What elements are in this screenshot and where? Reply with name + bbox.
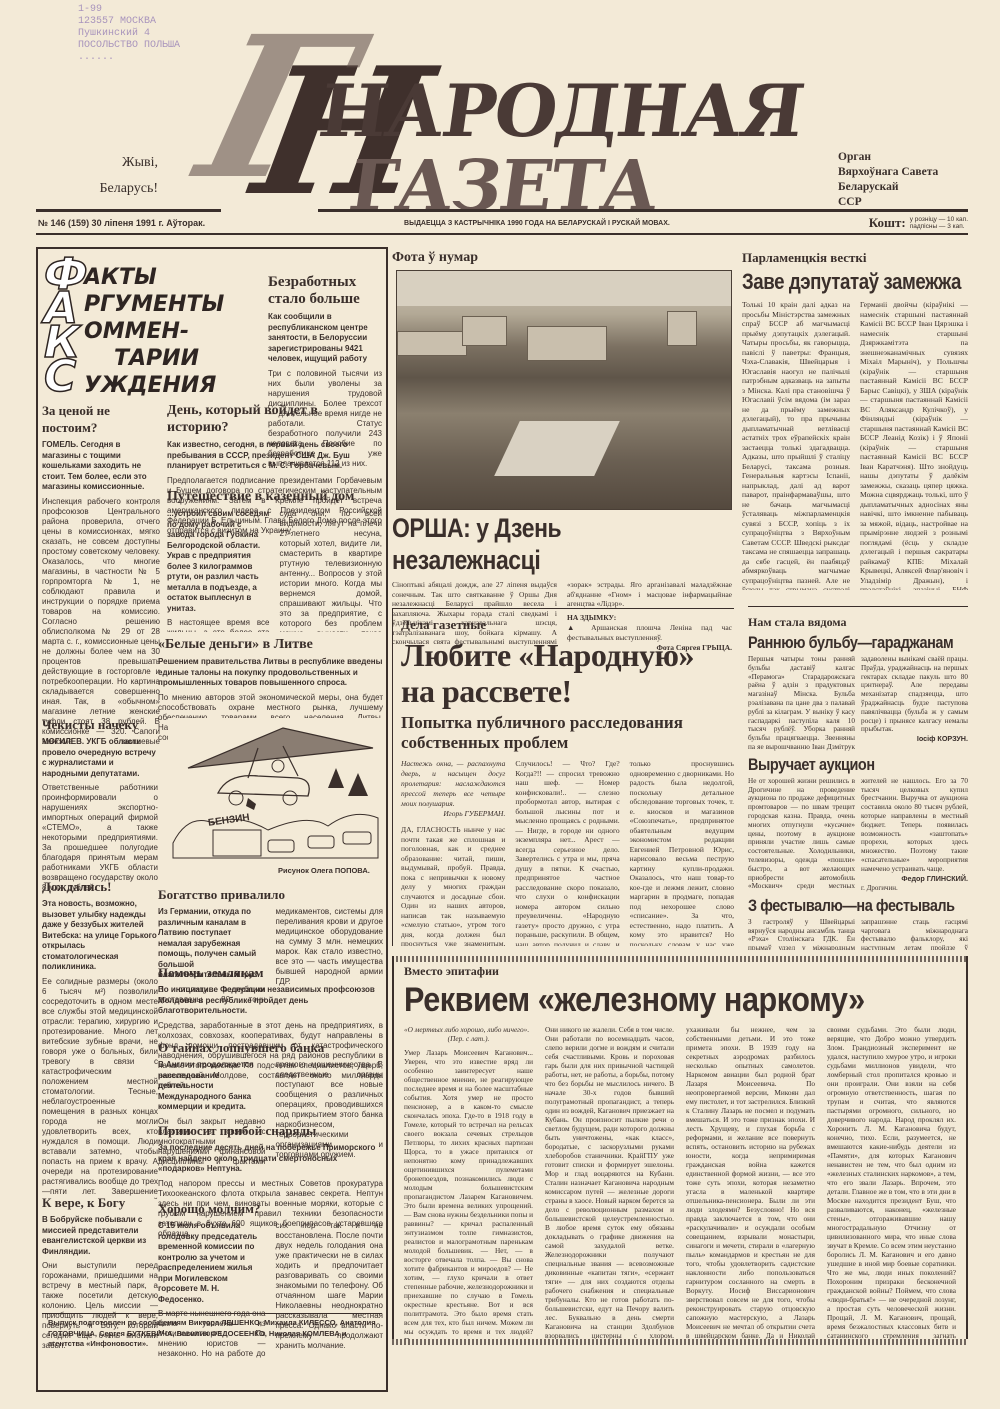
stamp-line: ...... [78, 52, 180, 64]
logo-word: РГУМЕНТЫ [84, 291, 224, 318]
logo-word: ОММЕН- [84, 318, 224, 345]
logo-word: УЖДЕНИЯ [84, 372, 224, 399]
parliament-article: Парламенцкія весткі Заве дэпутатаў замеж… [742, 250, 968, 590]
logo-word: ТАРИИ [84, 345, 224, 372]
article-title: «Белые деньги» в Литве [158, 636, 383, 653]
known-rubric: Нам стала вядома [748, 615, 968, 630]
article-prices: За ценой не постоим? ГОМЕЛЬ. Сегодня в м… [42, 398, 160, 748]
logo-title-line1: НАРОДНАЯ [315, 75, 807, 147]
article-title: За ценой не постоим? [42, 402, 160, 436]
known-article-title: З фестывалю—на фестываль [748, 896, 935, 916]
newspaper-affairs-article: Дела газетные Любите «Народную» на рассв… [392, 608, 734, 946]
published-since: ВЫДАЕЦЦА З КАСТРЫЧНІКА 1990 ГОДА НА БЕЛА… [404, 220, 670, 227]
article-lead: В Англии продолжается расследование деят… [158, 1060, 266, 1113]
masthead-rule-top-left [36, 209, 221, 212]
parliament-body: Толькі 10 краін далі адказ на просьбы Мі… [742, 300, 968, 590]
affairs-rubric: Дела газетные [401, 617, 734, 633]
affairs-headline-line2: на рассвете! [401, 673, 734, 709]
parliament-rubric: Парламенцкія весткі [742, 250, 968, 266]
article-lead: За последние десять дней на побережье Пр… [158, 1143, 383, 1175]
logo-initial: С [44, 360, 88, 394]
faks-logo: Ф А К С АКТЫ РГУМЕНТЫ ОММЕН- ТАРИИ УЖДЕН… [44, 258, 254, 398]
requiem-border-bottom [392, 1339, 968, 1345]
stamp-line: 123557 МОСКВА [78, 16, 180, 28]
article-title: Приносит прибой снаряды [158, 1122, 383, 1139]
article-title: К вере, к Богу [42, 1194, 158, 1211]
known-article-place: г. Дрогичин. [861, 883, 968, 893]
article-kgb: Чекисты начеку МОГИЛЕВ. УКГБ области про… [42, 712, 158, 893]
article-title: Путешествие в казенный дом [167, 488, 382, 505]
article-lead: ГОМЕЛЬ. Сегодня в магазины с тощими коше… [42, 440, 160, 493]
library-stamp: 1-99 123557 МОСКВА Пушкинский 4 ПОСОЛЬСТ… [78, 4, 180, 64]
price-retail: у розніцу — 10 кап. [910, 216, 968, 223]
article-title: Богатство привалило [158, 886, 383, 903]
article-lead: МОГИЛЕВ. УКГБ области провело очередную … [42, 737, 158, 779]
article-lead: С 15 июля объявила голодовку председател… [158, 1221, 266, 1305]
known-article-body: З гастроляў у Швейцарыі вярнуўся народны… [748, 918, 968, 950]
known-article-title: Раннюю бульбу—гараджанам [748, 633, 935, 653]
known-article-author: Федор ГЛИНСКИЙ. [861, 874, 968, 883]
cartoon-caption: Рисунок Олега ПОПОВА. [278, 866, 370, 875]
stamp-line: 1-99 [78, 4, 180, 16]
organ-line: Вярхоўнага Савета [838, 165, 938, 180]
slogan: Жыві, Беларусь! [88, 150, 158, 202]
article-lead: По инициативе Федерации независимых проф… [158, 985, 383, 1017]
requiem-headline: Реквием «железному наркому» [404, 979, 901, 1021]
affairs-headline-line1: Любите «Народную» [401, 637, 734, 673]
orsha-crowd-photo [396, 270, 732, 510]
article-dentistry: Дождались! Эта новость, возможно, вызове… [42, 874, 158, 1199]
article-title: Чекисты начеку [42, 716, 158, 733]
hang-glider-car-icon [168, 718, 383, 868]
affairs-subheadline: Попытка публичного расследования собстве… [401, 713, 734, 753]
requiem-epigraph: «О мертвых либо хорошо, либо ничего». [404, 1025, 533, 1034]
article-title: Дождались! [42, 878, 158, 895]
article-title: Хорошо молчим? [158, 1200, 383, 1217]
slogan-line-2: Беларусь! [88, 176, 158, 202]
article-lead: Решением правительства Литвы в республик… [158, 657, 383, 689]
logo-word: АКТЫ [84, 264, 224, 291]
affairs-epigraph: Настежь окна, — распахнута дверь, и насы… [401, 759, 505, 809]
known-section: Нам стала вядома Раннюю бульбу—гараджана… [748, 615, 968, 950]
masthead-rule-top-right [318, 209, 968, 212]
photo-section: Фота ў нумар [392, 250, 732, 266]
article-lead: Как известно, сегодня, в первый день сво… [167, 440, 382, 472]
price-subscription: падпісны — 3 кап. [910, 223, 968, 230]
issue-number-date: № 146 (159) 30 ліпеня 1991 г. Аўторак. [38, 218, 205, 228]
article-lead: Эта новость, возможно, вызовет улыбку на… [42, 899, 158, 973]
photo-rubric: Фота ў нумар [392, 250, 732, 266]
credits-text: Выпуск подготовлен по сообщениям Виктора… [42, 1318, 382, 1350]
stamp-line: ПОСОЛЬСТВО ПОЛЬША [78, 40, 180, 52]
price-label: Кошт: [869, 215, 906, 231]
requiem-epigraph-source: (Пер. с лат.). [404, 1034, 533, 1044]
article-lead: В Бобруйске побывали с миссией представи… [42, 1215, 158, 1257]
known-article-title: Выручает аукцион [748, 755, 935, 775]
known-rule [748, 606, 968, 607]
parliament-headline: Заве дэпутатаў замежжа [742, 268, 934, 296]
issue-info-line: № 146 (159) 30 ліпеня 1991 г. Аўторак. В… [38, 215, 968, 231]
organ-label: Орган Вярхоўнага Савета Беларускай ССР [838, 150, 938, 210]
cartoon-illustration: БЕНЗИН Рисунок Олега ПОПОВА. [168, 718, 383, 878]
requiem-article: Вместо эпитафии Реквием «железному нарко… [392, 956, 968, 1339]
price-block: Кошт: у розніцу — 10 кап. падпісны — 3 к… [869, 215, 968, 231]
article-title: О тайнах лопнувшего банка [158, 1039, 383, 1056]
article-lead: ...устроил своим соседям по дому рабочий… [167, 509, 270, 614]
article-title: Безработных стало больше [268, 274, 382, 308]
requiem-body: Умер Лазарь Моисеевич Каганович... Увере… [404, 1025, 956, 1339]
affairs-epigraph-author: Игорь ГУБЕРМАН. [401, 809, 505, 819]
photo-headline: ОРША: у Дзень незалежнасці [392, 512, 681, 576]
article-mercury: Путешествие в казенный дом ...устроил св… [167, 484, 382, 632]
stamp-line: Пушкинский 4 [78, 28, 180, 40]
article-body: Инспекция рабочего контроля профсоюзов Ц… [42, 497, 160, 749]
article-title: Помочь землякам [158, 964, 383, 981]
organ-line: ССР [838, 195, 938, 210]
requiem-rubric: Вместо эпитафии [404, 964, 956, 979]
article-title: День, который войдет в историю? [167, 402, 382, 436]
faks-credits: Выпуск подготовлен по сообщениям Виктора… [42, 1313, 382, 1354]
organ-line: Орган [838, 150, 938, 165]
organ-line: Беларускай [838, 180, 938, 195]
article-body: Ее солидные размеры (около 6 тысяч м²) п… [42, 977, 158, 1200]
article-lead: Как сообщили в республиканском центре за… [268, 312, 382, 365]
masthead-rule-bottom [36, 233, 968, 235]
known-article-author: Іосіф КОРЗУН. [861, 734, 968, 743]
slogan-line-1: Жыві, [88, 150, 158, 176]
